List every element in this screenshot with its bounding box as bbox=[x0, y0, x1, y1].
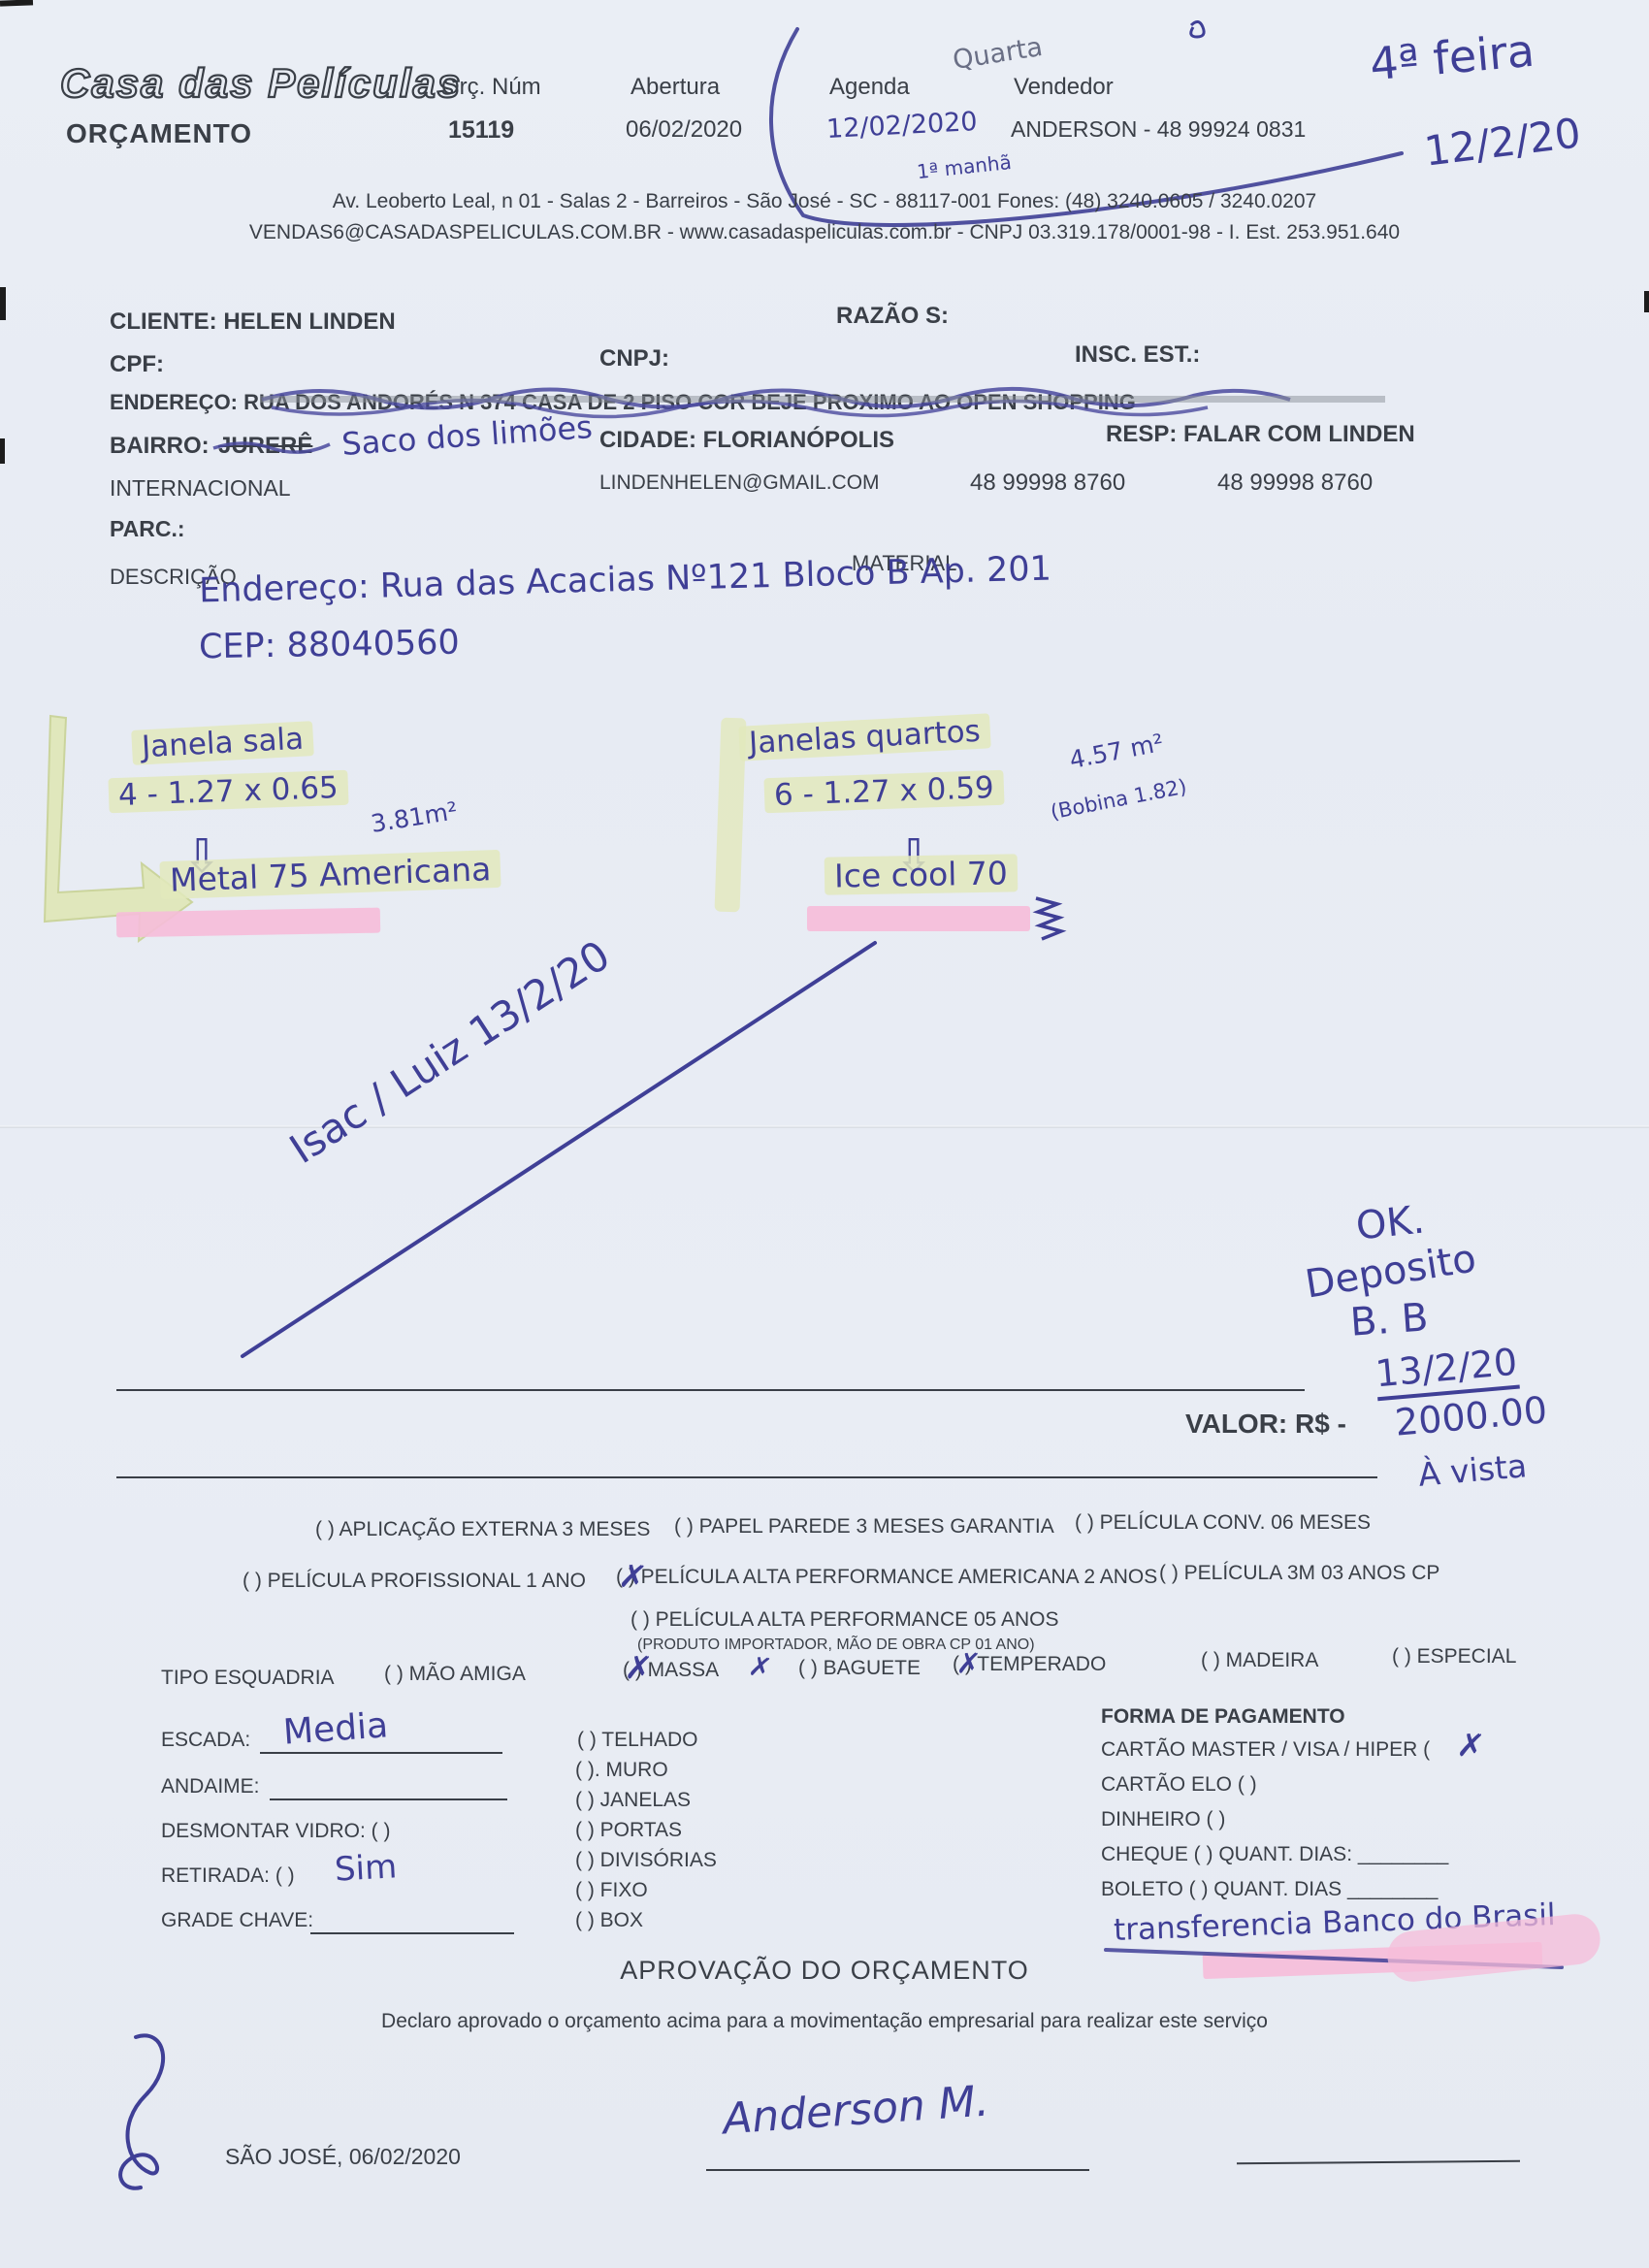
checkbox-x-alta-performance: ✗ bbox=[616, 1556, 649, 1599]
window-right-note: (Bobina 1.82) bbox=[1049, 775, 1188, 825]
approval-title: APROVAÇÃO DO ORÇAMENTO bbox=[0, 1956, 1649, 1986]
ok-note-line3: B. B bbox=[1348, 1295, 1429, 1345]
checkbox-x-cartao-master: ✗ bbox=[1455, 1726, 1487, 1767]
razao-label: RAZÃO S: bbox=[836, 303, 949, 330]
tipo-mao-amiga: ( ) MÃO AMIGA bbox=[384, 1663, 526, 1686]
description-handwritten-line1: Endereço: Rua das Acacias Nº121 Bloco B … bbox=[199, 550, 1052, 611]
diagonal-handwritten-note: Isac / Luiz 13/2/20 bbox=[281, 931, 618, 1173]
payment-boleto: BOLETO ( ) QUANT. DIAS ________ bbox=[1101, 1878, 1438, 1901]
bairro-old-value: JURERÊ bbox=[218, 433, 312, 460]
approval-declaration: Declaro aprovado o orçamento acima para … bbox=[0, 2010, 1649, 2033]
horizontal-rule bbox=[116, 1476, 1377, 1478]
payment-cartao-elo: CARTÃO ELO ( ) bbox=[1101, 1773, 1257, 1797]
pink-highlight-bar bbox=[807, 906, 1030, 931]
window-right-film: Ice cool 70 bbox=[824, 854, 1018, 894]
bairro-old-value-2: INTERNACIONAL bbox=[110, 475, 291, 502]
client-name: CLIENTE: HELEN LINDEN bbox=[110, 308, 396, 336]
area-fixo: ( ) FIXO bbox=[575, 1879, 648, 1902]
vendor-signature: Anderson M. bbox=[722, 2076, 991, 2144]
abertura-label: Abertura bbox=[630, 74, 720, 101]
tipo-especial: ( ) ESPECIAL bbox=[1392, 1645, 1516, 1669]
handwritten-weekday: 4ª feira bbox=[1368, 24, 1536, 91]
city-date: SÃO JOSÉ, 06/02/2020 bbox=[225, 2144, 461, 2170]
scanned-budget-form: Casa das Películas ORÇAMENTO Orç. Núm 15… bbox=[0, 0, 1649, 2268]
agenda-handwritten-date: 12/02/2020 bbox=[825, 107, 978, 145]
valor-handwritten-terms: À vista bbox=[1417, 1446, 1529, 1494]
escada-handwritten: Media bbox=[282, 1705, 390, 1752]
signature-line-1 bbox=[706, 2169, 1089, 2171]
grade-chave-label: GRADE CHAVE: bbox=[161, 1909, 313, 1932]
warranty-papel-parede: ( ) PAPEL PAREDE 3 MESES GARANTIA bbox=[674, 1515, 1054, 1539]
warranty-alta-performance-americana: ( ) PELÍCULA ALTA PERFORMANCE AMERICANA … bbox=[616, 1566, 1157, 1589]
handwritten-weekday-note: Quarta bbox=[951, 32, 1045, 76]
warranty-pelicula-conv: ( ) PELÍCULA CONV. 06 MESES bbox=[1075, 1511, 1371, 1535]
bairro-label: BAIRRO: bbox=[110, 433, 210, 460]
area-portas: ( ) PORTAS bbox=[575, 1819, 682, 1842]
escada-label: ESCADA: bbox=[161, 1729, 250, 1752]
retirada-label: RETIRADA: ( ) bbox=[161, 1864, 295, 1888]
scan-artifact bbox=[1644, 291, 1649, 312]
description-handwritten-line2: CEP: 88040560 bbox=[199, 624, 460, 667]
company-contacts: VENDAS6@CASADASPELICULAS.COM.BR - www.ca… bbox=[0, 221, 1649, 244]
parc-label: PARC.: bbox=[110, 516, 185, 542]
retirada-handwritten: Sim bbox=[334, 1847, 398, 1889]
warranty-3m: ( ) PELÍCULA 3M 03 ANOS CP bbox=[1159, 1562, 1439, 1585]
desmontar-vidro-label: DESMONTAR VIDRO: ( ) bbox=[161, 1820, 390, 1843]
area-muro: ( ). MURO bbox=[575, 1759, 668, 1782]
window-left-area: 3.81m² bbox=[369, 796, 459, 838]
paper-crease bbox=[0, 1125, 1649, 1128]
orc-num-value: 15119 bbox=[448, 116, 514, 145]
window-right-dims: 6 - 1.27 x 0.59 bbox=[763, 770, 1004, 814]
warranty-aplicacao-externa: ( ) APLICAÇÃO EXTERNA 3 MESES bbox=[315, 1518, 650, 1541]
pink-highlight-bar bbox=[116, 908, 380, 938]
valor-label: VALOR: R$ - bbox=[1185, 1409, 1346, 1440]
tipo-madeira: ( ) MADEIRA bbox=[1201, 1649, 1318, 1672]
company-logo: Casa das Películas bbox=[60, 60, 462, 107]
area-janelas: ( ) JANELAS bbox=[575, 1789, 691, 1812]
abertura-date: 06/02/2020 bbox=[626, 116, 742, 144]
checkbox-x-temperado: ✗ bbox=[955, 1646, 983, 1682]
andaime-label: ANDAIME: bbox=[161, 1775, 260, 1798]
window-left-dims: 4 - 1.27 x 0.65 bbox=[108, 770, 348, 814]
warranty-profissional: ( ) PELÍCULA PROFISSIONAL 1 ANO bbox=[242, 1570, 586, 1593]
agenda-handwritten-period: 1ª manhã bbox=[916, 150, 1013, 183]
cpf-label: CPF: bbox=[110, 351, 164, 378]
orc-num-label: Orç. Núm bbox=[441, 74, 541, 101]
checkbox-x-massa: ✗ bbox=[623, 1648, 654, 1689]
payment-dinheiro: DINHEIRO ( ) bbox=[1101, 1808, 1225, 1831]
window-left-title: Janela sala bbox=[131, 721, 314, 765]
escada-line bbox=[260, 1752, 502, 1754]
client-phone-2: 48 99998 8760 bbox=[1217, 470, 1373, 497]
agenda-label: Agenda bbox=[829, 74, 910, 101]
company-address: Av. Leoberto Leal, n 01 - Salas 2 - Barr… bbox=[0, 190, 1649, 213]
andaime-line bbox=[270, 1798, 507, 1800]
cidade-value: CIDADE: FLORIANÓPOLIS bbox=[599, 427, 894, 454]
bairro-handwritten: Saco dos limões bbox=[340, 408, 594, 463]
handwritten-date: 12/2/20 bbox=[1422, 109, 1584, 175]
vendedor-label: Vendedor bbox=[1014, 74, 1114, 101]
cnpj-label: CNPJ: bbox=[599, 345, 669, 373]
area-telhado: ( ) TELHADO bbox=[577, 1729, 697, 1752]
resp-value: RESP: FALAR COM LINDEN bbox=[1106, 421, 1415, 448]
ok-note-line1: OK. bbox=[1354, 1197, 1427, 1248]
doc-type-title: ORÇAMENTO bbox=[66, 118, 252, 149]
ok-note-line2: Deposito bbox=[1302, 1236, 1478, 1307]
scan-artifact bbox=[0, 438, 5, 464]
pen-doodle bbox=[97, 2027, 252, 2202]
scan-artifact bbox=[0, 0, 33, 7]
tipo-baguete: ( ) BAGUETE bbox=[798, 1657, 921, 1680]
client-email: LINDENHELEN@GMAIL.COM bbox=[599, 471, 880, 495]
signature-line-2 bbox=[1237, 2160, 1520, 2165]
warranty-alta-performance-05: ( ) PELÍCULA ALTA PERFORMANCE 05 ANOS bbox=[630, 1608, 1059, 1632]
window-right-title: Janelas quartos bbox=[738, 713, 990, 761]
grade-chave-line bbox=[310, 1932, 514, 1934]
insc-label: INSC. EST.: bbox=[1075, 341, 1200, 369]
endereco-line-struck: ENDEREÇO: RUA DOS ANDORÉS N 374 CASA DE … bbox=[110, 390, 1136, 415]
client-phone-1: 48 99998 8760 bbox=[970, 470, 1125, 497]
area-box: ( ) BOX bbox=[575, 1909, 643, 1932]
area-divisorias: ( ) DIVISÓRIAS bbox=[575, 1849, 717, 1872]
forma-pagamento-title: FORMA DE PAGAMENTO bbox=[1101, 1705, 1345, 1729]
pen-scribble bbox=[1026, 891, 1084, 949]
payment-cartao-master: CARTÃO MASTER / VISA / HIPER ( bbox=[1101, 1738, 1430, 1762]
pen-scribble-dot bbox=[1191, 21, 1204, 37]
tipo-esquadria-label: TIPO ESQUADRIA bbox=[161, 1667, 335, 1690]
vendedor-value: ANDERSON - 48 99924 0831 bbox=[1011, 116, 1306, 143]
scan-artifact bbox=[0, 287, 6, 320]
payment-cheque: CHEQUE ( ) QUANT. DIAS: ________ bbox=[1101, 1843, 1448, 1866]
horizontal-rule bbox=[116, 1389, 1305, 1391]
checkbox-x-massa-2: ✗ bbox=[746, 1649, 774, 1685]
window-right-area: 4.57 m² bbox=[1067, 729, 1166, 774]
